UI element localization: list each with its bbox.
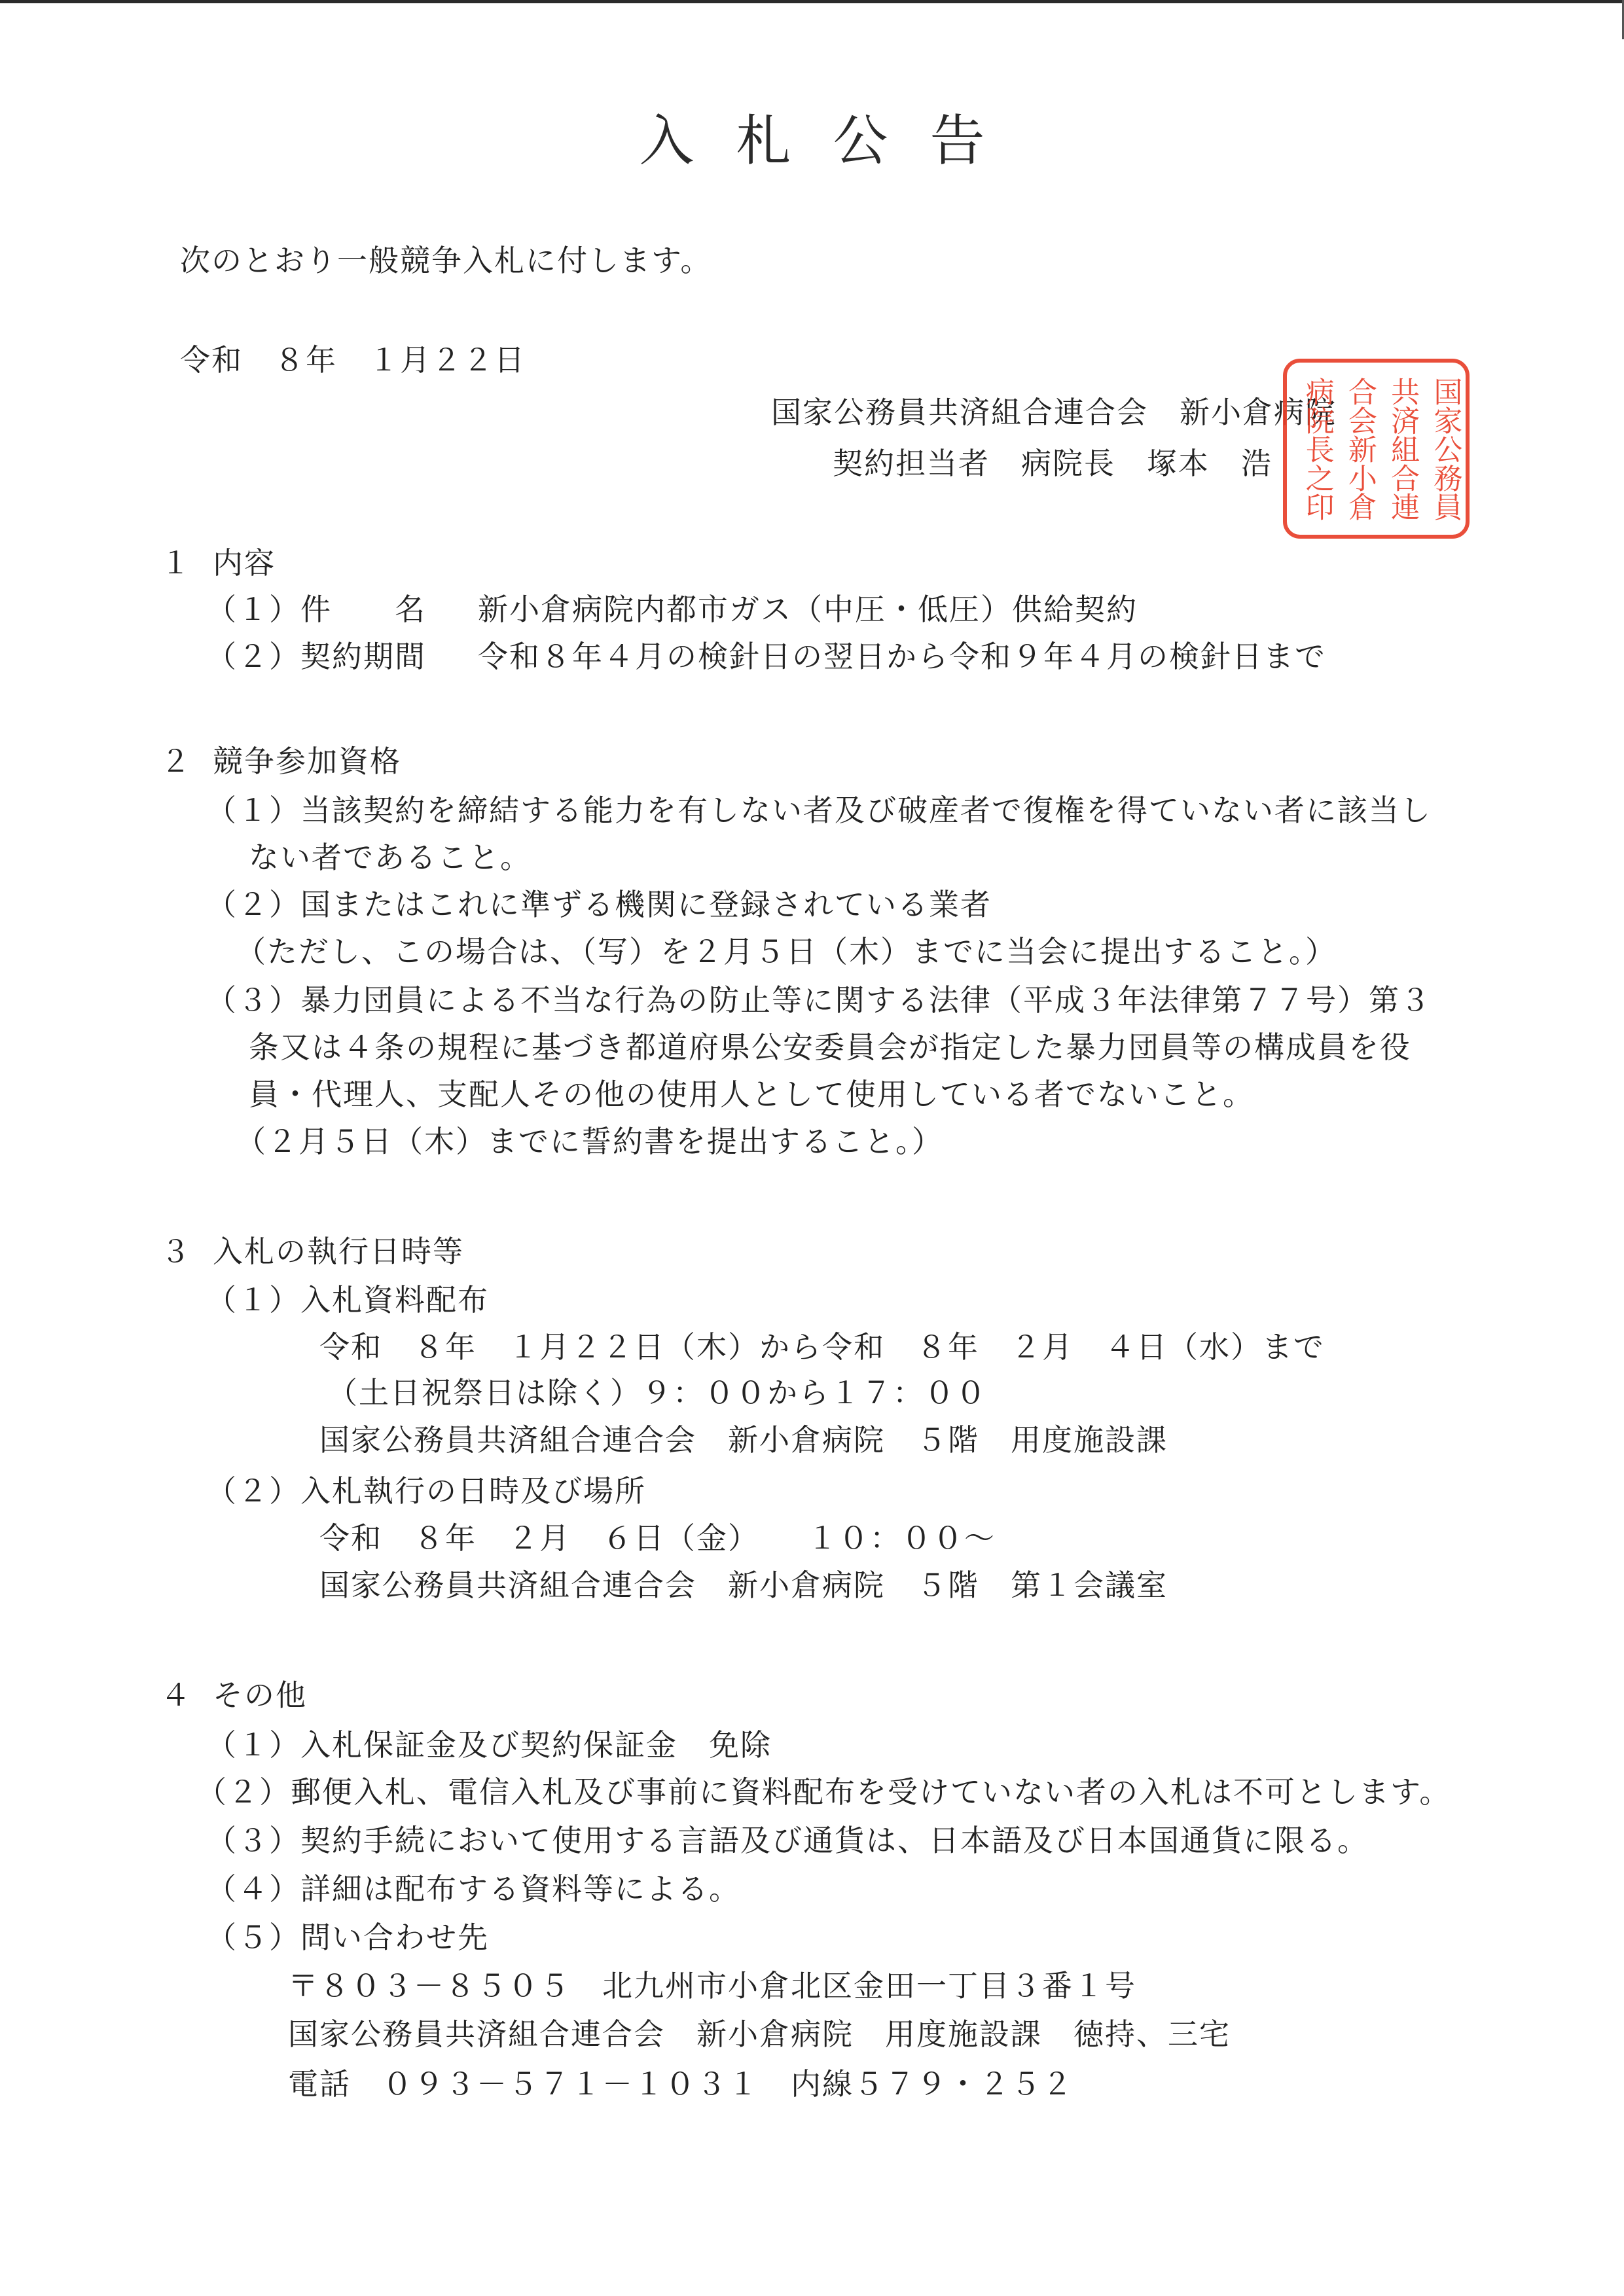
page-title: 入札公告 <box>0 108 1624 173</box>
section-4-item-3: （３）契約手続において使用する言語及び通貨は、日本語及び日本国通貨に限る。 <box>206 1822 1369 1859</box>
section-3-title: 入札の執行日時等 <box>213 1233 464 1270</box>
issuer-signer: 契約担当者 病院長 塚本 浩 <box>833 445 1272 482</box>
issue-date: 令和 ８年 １月２２日 <box>180 342 526 378</box>
section-4-item-4: （４）詳細は配布する資料等による。 <box>206 1871 740 1907</box>
title-char: 公 <box>833 108 888 173</box>
title-char: 札 <box>736 108 791 173</box>
section-4-number: ４ <box>160 1677 192 1713</box>
section-3-item-1-label: （１）入札資料配布 <box>206 1282 489 1318</box>
seal-column: 病院長之印 <box>1292 368 1333 529</box>
seal-column: 合会新小倉 <box>1335 368 1375 529</box>
section-1-item-1-label: （１）件 名 <box>206 591 426 628</box>
section-2-title: 競争参加資格 <box>213 743 401 780</box>
section-1-item-2-label: （２）契約期間 <box>206 638 426 675</box>
section-1-number: １ <box>160 545 192 581</box>
contact-phone: 電話 ０９３－５７１－１０３１ 内線５７９・２５２ <box>288 2066 1074 2102</box>
section-2-item-1-line-2: ない者であること。 <box>249 839 532 876</box>
section-1-title: 内容 <box>213 545 276 581</box>
intro-text: 次のとおり一般競争入札に付します。 <box>180 242 712 279</box>
section-2-item-1-line-1: （１）当該契約を締結する能力を有しない者及び破産者で復権を得ていない者に該当し <box>206 792 1432 829</box>
section-3-item-1-detail-1: 令和 ８年 １月２２日（木）から令和 ８年 ２月 ４日（水）まで <box>319 1329 1325 1365</box>
section-2-number: ２ <box>160 743 192 780</box>
section-3-item-2-label: （２）入札執行の日時及び場所 <box>206 1473 646 1509</box>
section-3-item-2-detail-2: 国家公務員共済組合連合会 新小倉病院 ５階 第１会議室 <box>319 1567 1168 1604</box>
section-4-item-5-label: （５）問い合わせ先 <box>206 1919 489 1956</box>
section-1-item-1-value: 新小倉病院内都市ガス（中圧・低圧）供給契約 <box>478 591 1138 628</box>
section-2-item-2-line-1: （２）国またはこれに準ずる機関に登録されている業者 <box>206 886 992 923</box>
title-char: 告 <box>930 108 985 173</box>
scan-edge-top <box>0 0 1624 3</box>
section-1-item-2-value: 令和８年４月の検針日の翌日から令和９年４月の検針日まで <box>478 638 1326 675</box>
section-3-number: ３ <box>160 1233 192 1270</box>
section-2-item-3-note: （２月５日（木）までに誓約書を提出すること。） <box>236 1123 943 1160</box>
issuer-organization: 国家公務員共済組合連合会 新小倉病院 <box>771 394 1337 431</box>
section-4-item-1: （１）入札保証金及び契約保証金 免除 <box>206 1727 772 1763</box>
official-seal: 国家公務員 共済組合連 合会新小倉 病院長之印 <box>1283 359 1470 539</box>
section-3-item-1-detail-2: （土日祝祭日は除く）９：００から１７：００ <box>327 1374 987 1411</box>
section-3-item-2-detail-1: 令和 ８年 ２月 ６日（金） １０：００～ <box>319 1520 996 1556</box>
section-2-item-2-note: （ただし、この場合は、（写）を２月５日（木）までに当会に提出すること。） <box>236 933 1337 970</box>
seal-column: 共済組合連 <box>1377 368 1418 529</box>
contact-address: 〒８０３－８５０５ 北九州市小倉北区金田一丁目３番１号 <box>288 1967 1136 2004</box>
contact-department: 国家公務員共済組合連合会 新小倉病院 用度施設課 徳持、三宅 <box>288 2016 1231 2053</box>
section-4-item-2: （２）郵便入札、電信入札及び事前に資料配布を受けていない者の入札は不可とします。 <box>196 1774 1451 1810</box>
section-4-title: その他 <box>213 1677 307 1713</box>
section-2-item-3-line-2: 条又は４条の規程に基づき都道府県公安委員会が指定した暴力団員等の構成員を役 <box>249 1029 1411 1066</box>
seal-column: 国家公務員 <box>1420 368 1460 529</box>
section-2-item-3-line-3: 員・代理人、支配人その他の使用人として使用している者でないこと。 <box>249 1076 1254 1113</box>
section-3-item-1-detail-3: 国家公務員共済組合連合会 新小倉病院 ５階 用度施設課 <box>319 1422 1168 1458</box>
title-char: 入 <box>639 108 694 173</box>
section-2-item-3-line-1: （３）暴力団員による不当な行為の防止等に関する法律（平成３年法律第７７号）第３ <box>206 982 1432 1018</box>
